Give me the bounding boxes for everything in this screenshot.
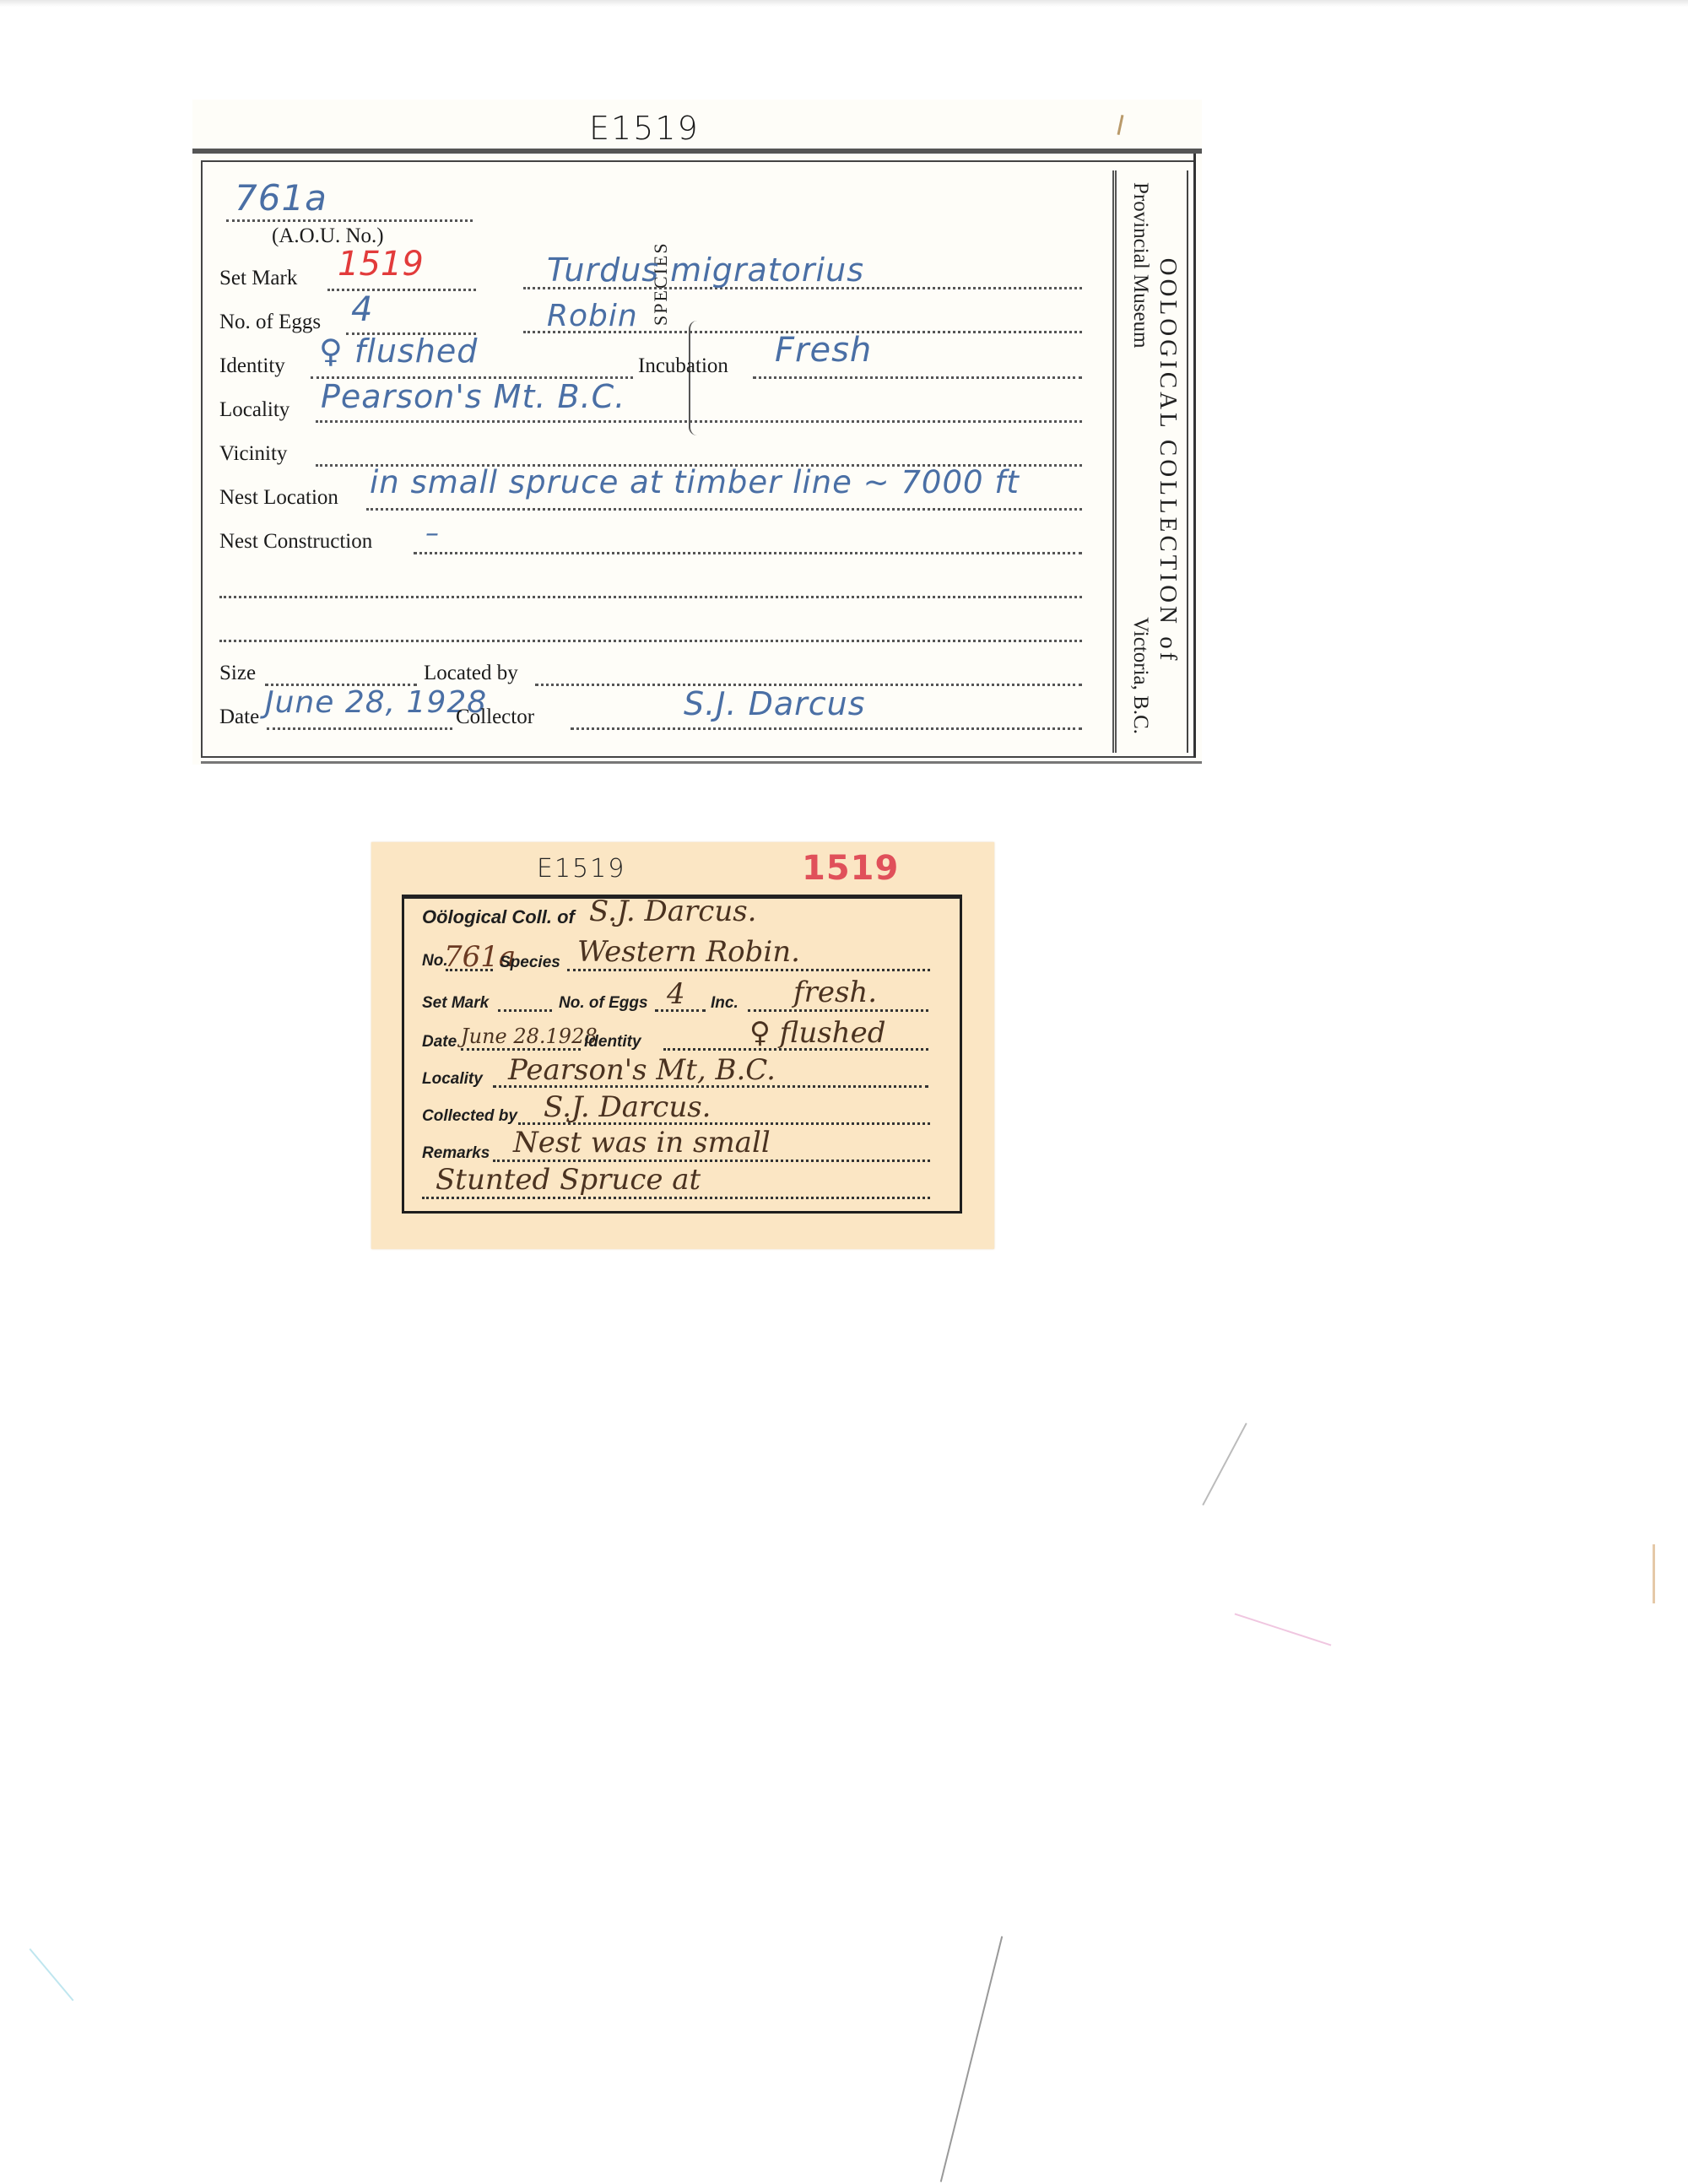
remarks-line-2	[422, 1197, 930, 1199]
date-value: June 28.1928	[461, 1024, 598, 1048]
date-line	[267, 727, 452, 730]
inc-line	[748, 1009, 928, 1012]
coll-of-label: Oölogical Coll. of	[422, 906, 575, 928]
collection-subtitle: Provincial Museum Victoria, B.C.	[1128, 182, 1153, 739]
pencil-mark	[1117, 115, 1124, 135]
species-brace	[689, 321, 702, 435]
scan-artifact	[1202, 1423, 1247, 1506]
set-mark-label: Set Mark	[219, 267, 297, 290]
set-mark-red: 1519	[802, 849, 899, 888]
incubation-label: Incubation	[638, 354, 728, 378]
identity-value: ♀ flushed	[319, 332, 478, 370]
date-line	[461, 1048, 581, 1051]
collection-title: OOLOGICAL COLLECTION of	[1153, 182, 1183, 739]
scan-artifact	[1235, 1614, 1332, 1646]
set-mark-line	[327, 289, 476, 291]
size-label: Size	[219, 662, 256, 685]
aou-no-value: 761a	[235, 177, 327, 219]
set-mark-line	[498, 1009, 552, 1012]
species-common: Robin	[547, 299, 638, 333]
nest-construction-line	[414, 552, 1082, 554]
no-of-eggs-value: 4	[667, 977, 685, 1011]
remarks-value-2: Stunted Spruce at	[436, 1163, 701, 1197]
vicinity-label: Vicinity	[219, 442, 287, 466]
locality-line	[316, 420, 1082, 423]
coll-of-value: S.J. Darcus.	[589, 895, 756, 928]
set-mark-value: 1519	[338, 245, 424, 284]
museum-name: Provincial Museum	[1128, 182, 1153, 349]
species-value: Western Robin.	[577, 935, 800, 969]
museum-record-card: E1519 761a (A.O.U. No.) Set Mark 1519 No…	[192, 100, 1202, 765]
set-mark-label: Set Mark	[422, 994, 489, 1013]
nest-construction-label: Nest Construction	[219, 530, 372, 554]
incubation-value: Fresh	[775, 331, 872, 370]
collector-data-slip: E1519 1519 Oölogical Coll. of S.J. Darcu…	[371, 842, 994, 1249]
nest-location-line	[366, 508, 1082, 511]
top-rule	[192, 149, 1202, 154]
side-heading: OOLOGICAL COLLECTION of Provincial Museu…	[1128, 182, 1183, 739]
nest-location-label: Nest Location	[219, 486, 338, 510]
date-value: June 28, 1928	[265, 685, 487, 720]
collected-by-label: Collected by	[422, 1107, 517, 1126]
scan-artifact	[30, 1949, 74, 2002]
nest-construction-value: –	[425, 516, 440, 549]
remarks-line-1	[493, 1160, 930, 1162]
remarks-label: Remarks	[422, 1144, 490, 1163]
museum-location: Victoria, B.C.	[1128, 617, 1153, 734]
collected-by-value: S.J. Darcus.	[544, 1090, 711, 1124]
catalog-number: E1519	[537, 854, 625, 884]
species-label: Species	[500, 954, 560, 972]
inc-label: Inc.	[711, 994, 738, 1013]
remarks-value-1: Nest was in small	[513, 1126, 771, 1160]
blank-line-2	[219, 640, 1082, 642]
nest-location-value: in small spruce at timber line ~ 7000 ft	[370, 464, 1020, 500]
locality-value: Pearson's Mt, B.C.	[508, 1053, 776, 1087]
scan-artifact	[1653, 1544, 1655, 1603]
no-of-eggs-label: No. of Eggs	[559, 994, 648, 1013]
locality-value: Pearson's Mt. B.C.	[321, 378, 625, 415]
species-line	[567, 969, 930, 971]
species-scientific: Turdus migratorius	[547, 251, 864, 289]
no-of-eggs-value: 4	[351, 290, 373, 329]
date-label: Date	[219, 705, 259, 729]
bottom-rule	[201, 761, 1202, 764]
inc-value: fresh.	[793, 976, 877, 1009]
aou-no-line	[226, 219, 473, 222]
locality-label: Locality	[219, 398, 289, 422]
identity-label: Identity	[584, 1033, 641, 1051]
date-label: Date	[422, 1033, 457, 1051]
blank-line-1	[219, 596, 1082, 598]
no-of-eggs-label: No. of Eggs	[219, 311, 321, 334]
collector-line	[571, 727, 1082, 730]
incubation-line	[753, 376, 1082, 379]
scan-artifact	[940, 1936, 1004, 2182]
locality-label: Locality	[422, 1070, 483, 1089]
collector-label: Collector	[456, 705, 534, 729]
identity-value: ♀ flushed	[749, 1016, 885, 1050]
catalog-number: E1519	[589, 110, 700, 147]
scan-edge	[0, 0, 1688, 7]
identity-label: Identity	[219, 354, 285, 378]
collector-value: S.J. Darcus	[684, 685, 866, 722]
located-by-label: Located by	[424, 662, 518, 685]
card-frame-right	[1193, 154, 1196, 758]
